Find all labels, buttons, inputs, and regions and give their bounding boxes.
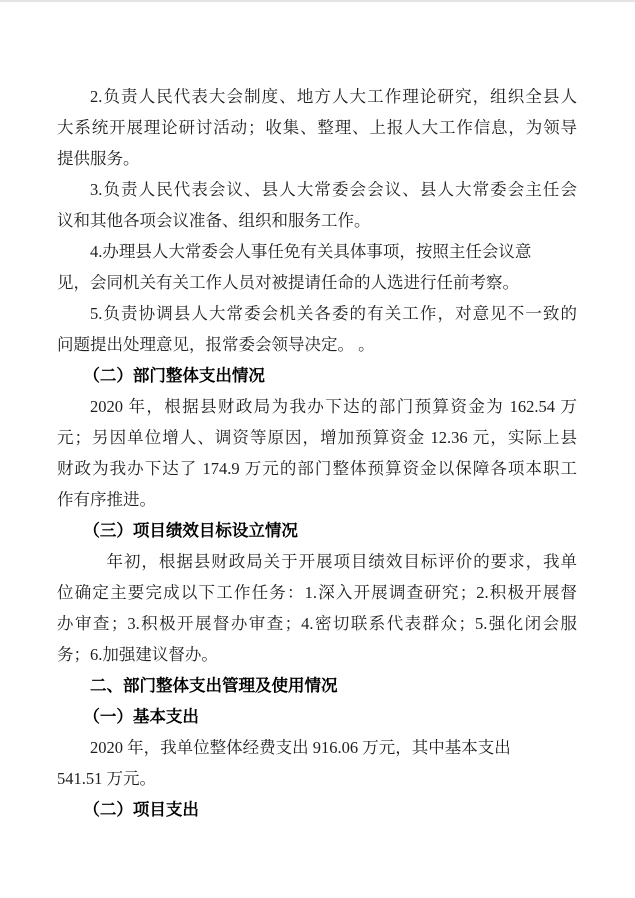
section-heading-text: （一）基本支出: [57, 701, 577, 732]
paragraph-duty-5: 5.负责协调县人大常委会机关各委的有关工作，对意见不一致的 问题提出处理意见，报…: [57, 298, 577, 360]
document-page: 2.负责人民代表大会制度、地方人大工作理论研究，组织全县人 大系统开展理论研讨活…: [0, 0, 635, 898]
page-top-edge: [0, 0, 635, 2]
section-heading-basic-expenditure: （一）基本支出: [57, 701, 577, 732]
text-line: 议和其他各项会议准备、组织和服务工作。: [57, 205, 577, 236]
text-line: 办审查；3.积极开展督办审查；4.密切联系代表群众；5.强化闭会服: [57, 608, 577, 639]
text-line: 提供服务。: [57, 143, 577, 174]
text-line: 4.办理县人大常委会人事任免有关具体事项，按照主任会议意: [57, 236, 577, 267]
text-line: 大系统开展理论研讨活动；收集、整理、上报人大工作信息，为领导: [57, 112, 577, 143]
section-heading-project-expenditure: （二）项目支出: [57, 794, 577, 825]
document-body: 2.负责人民代表大会制度、地方人大工作理论研究，组织全县人 大系统开展理论研讨活…: [57, 81, 577, 825]
text-line: 财政为我办下达了 174.9 万元的部门整体预算资金以保障各项本职工: [57, 453, 577, 484]
section-heading-text: （二）部门整体支出情况: [57, 360, 577, 391]
section-heading-overall-expenditure: （二）部门整体支出情况: [57, 360, 577, 391]
text-line: 见，会同机关有关工作人员对被提请任命的人选进行任前考察。: [57, 267, 577, 298]
paragraph-budget-2020: 2020 年，根据县财政局为我办下达的部门预算资金为 162.54 万 元；另因…: [57, 391, 577, 515]
text-line: 2020 年，根据县财政局为我办下达的部门预算资金为 162.54 万: [57, 391, 577, 422]
text-line: 作有序推进。: [57, 484, 577, 515]
text-line: 2.负责人民代表大会制度、地方人大工作理论研究，组织全县人: [57, 81, 577, 112]
section-heading-text: （二）项目支出: [57, 794, 577, 825]
paragraph-duty-4: 4.办理县人大常委会人事任免有关具体事项，按照主任会议意 见，会同机关有关工作人…: [57, 236, 577, 298]
text-line: 3.负责人民代表会议、县人大常委会会议、县人大常委会主任会: [57, 174, 577, 205]
text-line: 2020 年，我单位整体经费支出 916.06 万元，其中基本支出: [57, 732, 577, 763]
paragraph-duty-3: 3.负责人民代表会议、县人大常委会会议、县人大常委会主任会 议和其他各项会议准备…: [57, 174, 577, 236]
section-heading-text: （三）项目绩效目标设立情况: [57, 515, 577, 546]
text-line: 年初，根据县财政局关于开展项目绩效目标评价的要求，我单: [57, 546, 577, 577]
paragraph-duty-2: 2.负责人民代表大会制度、地方人大工作理论研究，组织全县人 大系统开展理论研讨活…: [57, 81, 577, 174]
text-line: 位确定主要完成以下工作任务：1.深入开展调查研究；2.积极开展督: [57, 577, 577, 608]
paragraph-annual-tasks: 年初，根据县财政局关于开展项目绩效目标评价的要求，我单 位确定主要完成以下工作任…: [57, 546, 577, 670]
section-heading-performance-targets: （三）项目绩效目标设立情况: [57, 515, 577, 546]
text-line: 务；6.加强建议督办。: [57, 639, 577, 670]
paragraph-expenditure-2020: 2020 年，我单位整体经费支出 916.06 万元，其中基本支出 541.51…: [57, 732, 577, 794]
text-line: 元；另因单位增人、调资等原因，增加预算资金 12.36 元，实际上县: [57, 422, 577, 453]
text-line: 541.51 万元。: [57, 763, 577, 794]
chapter-heading-text: 二、部门整体支出管理及使用情况: [57, 670, 577, 701]
chapter-heading-expenditure-management: 二、部门整体支出管理及使用情况: [57, 670, 577, 701]
text-line: 5.负责协调县人大常委会机关各委的有关工作，对意见不一致的: [57, 298, 577, 329]
text-line: 问题提出处理意见，报常委会领导决定。 。: [57, 329, 577, 360]
